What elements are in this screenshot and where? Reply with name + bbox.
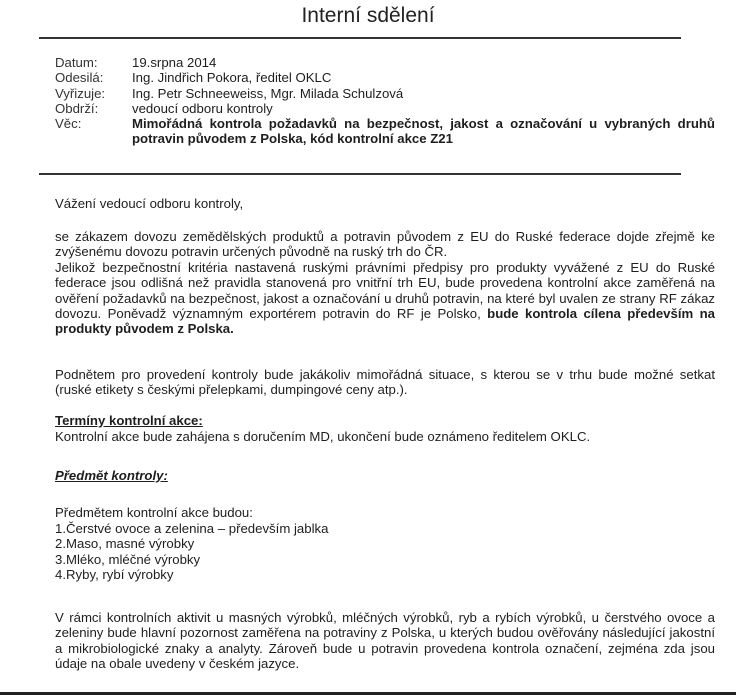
memo-field: Odesilá:Ing. Jindřich Pokora, ředitel OK…	[55, 70, 715, 85]
memo-field-value: Ing. Jindřich Pokora, ředitel OKLC	[132, 70, 715, 85]
salutation: Vážení vedoucí odboru kontroly,	[55, 196, 715, 211]
subject-heading: Předmět kontroly:	[55, 468, 715, 483]
memo-field-label: Odesilá:	[55, 70, 132, 85]
title-divider-ext	[39, 37, 681, 39]
memo-field-label: Obdrží:	[55, 101, 132, 116]
memo-field-value: vedoucí odboru kontroly	[132, 101, 715, 116]
subject-list-item: 3.Mléko, mléčné výrobky	[55, 552, 715, 567]
subject-list-item: 2.Maso, masné výrobky	[55, 536, 715, 551]
intro-paragraph-2: Jelikož bezpečnostní kritéria nastavená …	[55, 260, 715, 336]
memo-field: Věc:Mimořádná kontrola požadavků na bezp…	[55, 116, 715, 147]
memo-field-label: Vyřizuje:	[55, 86, 132, 101]
document-page: Interní sdělení Datum:19.srpna 2014Odesi…	[0, 0, 736, 696]
memo-header: Datum:19.srpna 2014Odesilá:Ing. Jindřich…	[55, 55, 715, 147]
subject-list-item: 1.Čerstvé ovoce a zelenina – především j…	[55, 521, 715, 536]
memo-field-value: Ing. Petr Schneeweiss, Mgr. Milada Schul…	[132, 86, 715, 101]
memo-field: Vyřizuje:Ing. Petr Schneeweiss, Mgr. Mil…	[55, 86, 715, 101]
intro-paragraph-1: se zákazem dovozu zemědělských produktů …	[55, 229, 715, 260]
subject-closing-paragraph: V rámci kontrolních aktivit u masných vý…	[55, 610, 715, 671]
subject-list: 1.Čerstvé ovoce a zelenina – především j…	[55, 521, 715, 582]
subject-intro: Předmětem kontrolní akce budou:	[55, 505, 715, 520]
memo-field-value: 19.srpna 2014	[132, 55, 715, 70]
header-divider	[39, 173, 681, 175]
subject-list-item: 4.Ryby, rybí výrobky	[55, 567, 715, 582]
memo-field: Datum:19.srpna 2014	[55, 55, 715, 70]
document-title: Interní sdělení	[0, 4, 736, 28]
memo-field-label: Věc:	[55, 116, 132, 147]
memo-field-value: Mimořádná kontrola požadavků na bezpečno…	[132, 116, 715, 147]
terms-heading: Termíny kontrolní akce:	[55, 413, 715, 428]
memo-field-label: Datum:	[55, 55, 132, 70]
terms-text: Kontrolní akce bude zahájena s doručením…	[55, 429, 715, 444]
page-bottom-border	[0, 692, 736, 695]
memo-field: Obdrží:vedoucí odboru kontroly	[55, 101, 715, 116]
intro-paragraph-3: Podnětem pro provedení kontroly bude jak…	[55, 367, 715, 398]
